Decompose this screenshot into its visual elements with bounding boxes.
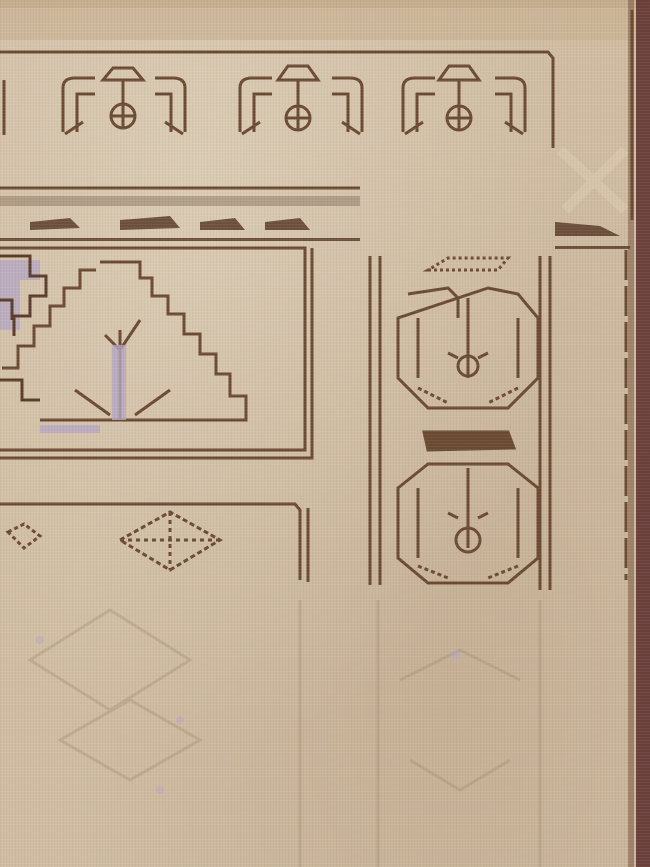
rug-pattern	[0, 0, 650, 867]
top-border-motifs	[4, 66, 525, 135]
lower-panel	[0, 504, 308, 582]
faded-lower-field	[30, 600, 540, 867]
rug-photo	[0, 0, 650, 867]
right-border	[370, 256, 550, 590]
minor-stripe	[0, 196, 630, 249]
